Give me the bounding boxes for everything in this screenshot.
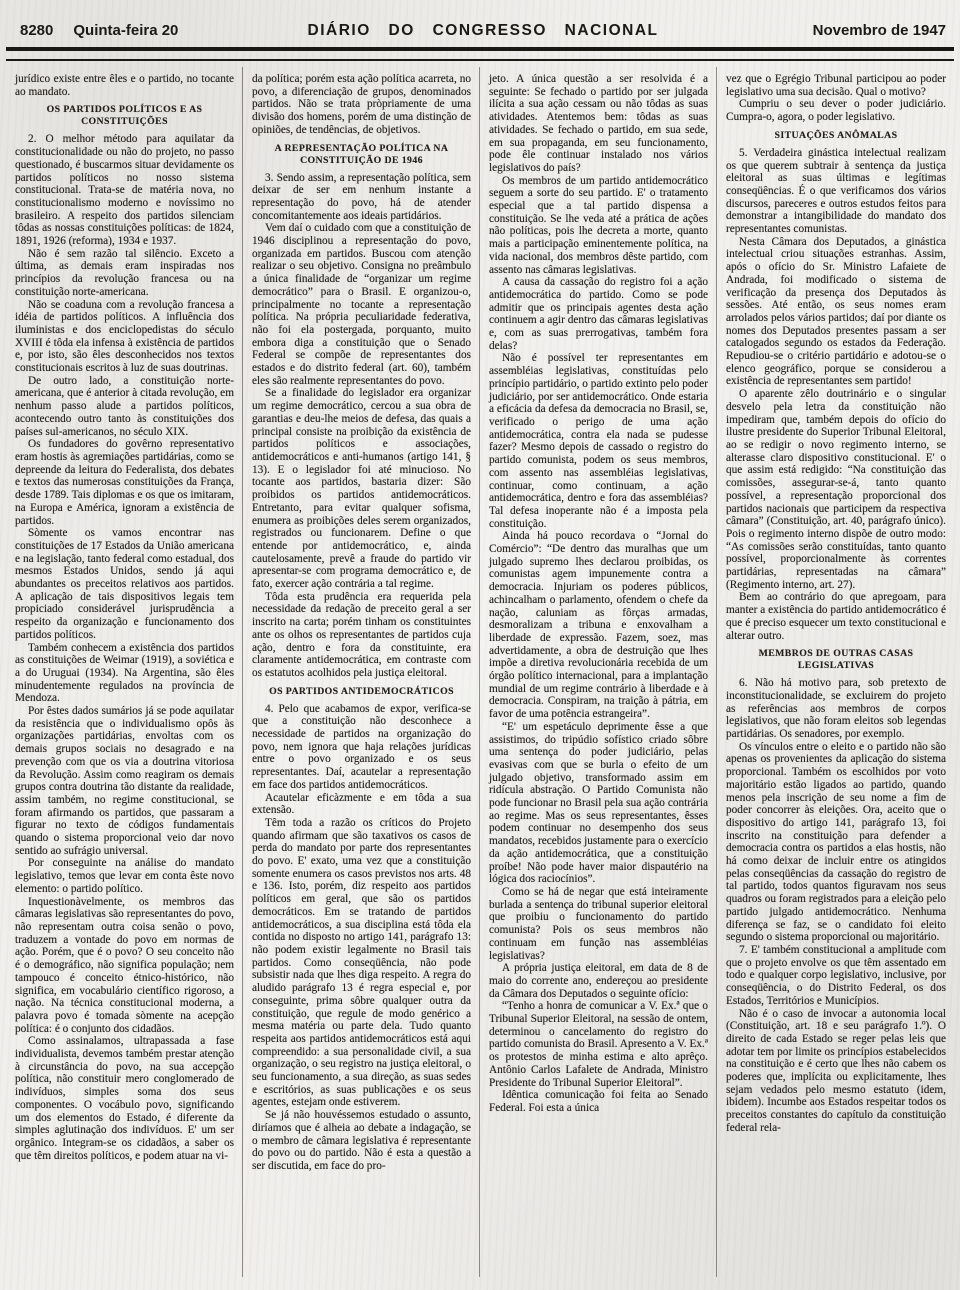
paragraph: Não é possível ter representantes em ass…: [489, 352, 708, 530]
paragraph: Os vínculos entre o eleito e o partido n…: [726, 741, 946, 944]
paragraph: jeto. A única questão a ser resolvida é …: [489, 73, 708, 175]
paragraph: jurídico existe entre êles e o partido, …: [15, 73, 234, 98]
paragraph: A causa da cassação do registro foi a aç…: [489, 276, 708, 352]
paragraph: Inquestionàvelmente, os membros das câma…: [15, 896, 234, 1036]
paragraph: vez que o Egrégio Tribunal participou ao…: [726, 73, 946, 98]
paragraph: 3. Sendo assim, a representação política…: [252, 172, 471, 223]
journal-title: DIÁRIO DO CONGRESSO NACIONAL: [277, 22, 689, 40]
paragraph: da política; porém esta ação política ac…: [252, 73, 471, 137]
paragraph: O aparente zêlo doutrinário e o singular…: [726, 388, 946, 591]
masthead-left: 8280 Quinta-feira 20: [20, 22, 277, 39]
paragraph: 6. Não há motivo para, sob pretexto de i…: [726, 677, 946, 741]
paragraph: A própria justiça eleitoral, em data de …: [489, 962, 708, 1000]
paragraph: 4. Pelo que acabamos de expor, verifica-…: [252, 703, 471, 792]
column-2: da política; porém esta ação política ac…: [243, 67, 480, 1277]
paragraph: Se a finalidade do legislador era organi…: [252, 387, 471, 590]
paragraph: Por êstes dados sumários já se pode aqui…: [15, 705, 234, 857]
paragraph: Por conseguinte na análise do mandato le…: [15, 857, 234, 895]
column-3: jeto. A única questão a ser resolvida é …: [480, 67, 717, 1277]
section-heading: MEMBROS DE OUTRAS CASAS LEGISLATIVAS: [736, 648, 936, 672]
section-heading: SITUAÇÕES ANÔMALAS: [736, 130, 936, 142]
paragraph: De outro lado, a constituição norte-amer…: [15, 375, 234, 439]
paragraph: Também conhecem a existência dos partido…: [15, 642, 234, 706]
paragraph: Os fundadores do govêrno representativo …: [15, 438, 234, 527]
paragraph: Nesta Câmara dos Deputados, a ginástica …: [726, 236, 946, 388]
paragraph: Não é sem razão tal silêncio. Exceto a ú…: [15, 248, 234, 299]
paragraph: “E' um espetáculo deprimente êsse a que …: [489, 721, 708, 886]
paragraph: Como assinalamos, ultrapassada a fase in…: [15, 1035, 234, 1162]
issue-date: Novembro de 1947: [689, 22, 946, 39]
paragraph: Ainda há pouco recordava o “Jornal do Co…: [489, 530, 708, 721]
section-heading: OS PARTIDOS ANTIDEMOCRÁTICOS: [262, 686, 461, 698]
paragraph: Os membros de um partido antidemocrático…: [489, 175, 708, 277]
paragraph: Se já não houvéssemos estudado o assunto…: [252, 1109, 471, 1173]
paragraph: Como se há de negar que está inteirament…: [489, 886, 708, 962]
page-number: 8280: [20, 22, 53, 39]
column-1: jurídico existe entre êles e o partido, …: [6, 67, 243, 1277]
paragraph: 7. E' também constitucional a amplitude …: [726, 944, 946, 1008]
paragraph: Vem daí o cuidado com que a constituição…: [252, 222, 471, 387]
paragraph: 5. Verdadeira ginástica intelectual real…: [726, 147, 946, 236]
paragraph: Tôda esta prudência era requerida pela n…: [252, 591, 471, 680]
section-heading: OS PARTIDOS POLÍTICOS E AS CONSTITUIÇÕES: [25, 104, 224, 128]
masthead-double-rule: [6, 47, 954, 61]
paragraph: Não se coaduna com a revolução francesa …: [15, 299, 234, 375]
paragraph: “Tenho a honra de comunicar a V. Ex.ª qu…: [489, 1000, 708, 1089]
article-columns: jurídico existe entre êles e o partido, …: [6, 67, 954, 1277]
paragraph: Cumpriu o seu dever o poder judiciário. …: [726, 98, 946, 123]
paragraph: Acautelar eficàzmente e em tôda a sua ex…: [252, 792, 471, 817]
paragraph: 2. O melhor método para aquilatar da con…: [15, 133, 234, 247]
paragraph: Bem ao contrário do que apregoam, para m…: [726, 591, 946, 642]
weekday-label: Quinta-feira 20: [73, 22, 178, 39]
paragraph: Idêntica comunicação foi feita ao Senado…: [489, 1089, 708, 1114]
section-heading: A REPRESENTAÇÃO POLÍTICA NA CONSTITUIÇÃO…: [262, 143, 461, 167]
column-4: vez que o Egrégio Tribunal participou ao…: [717, 67, 954, 1277]
newspaper-page: 8280 Quinta-feira 20 DIÁRIO DO CONGRESSO…: [0, 0, 960, 1290]
paragraph: Têm toda a razão os críticos do Projeto …: [252, 817, 471, 1109]
masthead: 8280 Quinta-feira 20 DIÁRIO DO CONGRESSO…: [0, 0, 960, 44]
paragraph: Sòmente os vamos encontrar nas constitui…: [15, 527, 234, 641]
paragraph: Não é o caso de invocar a autonomia loca…: [726, 1008, 946, 1135]
